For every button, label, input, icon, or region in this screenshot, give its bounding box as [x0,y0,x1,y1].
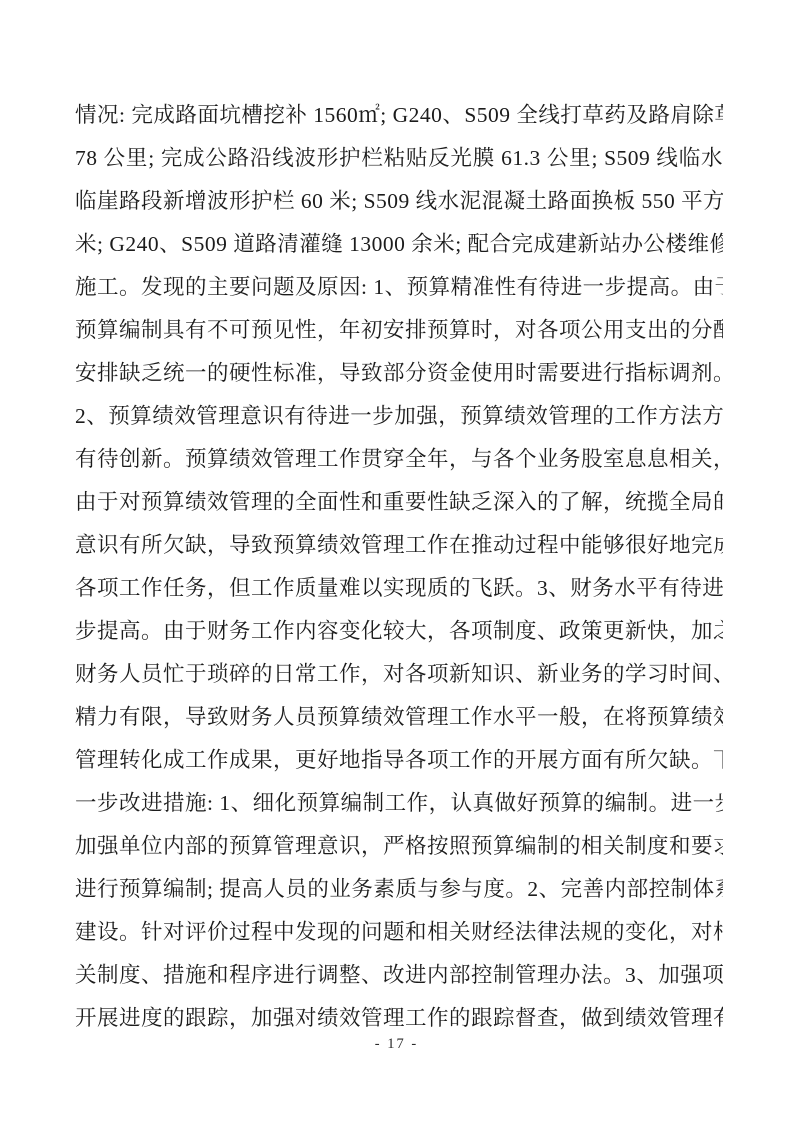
text-line: 开展进度的跟踪，加强对绩效管理工作的跟踪督查，做到绩效管理有 [75,997,723,1040]
text-line: 进行预算编制; 提高人员的业务素质与参与度。2、完善内部控制体系 [75,868,723,911]
text-line: 各项工作任务，但工作质量难以实现质的飞跃。3、财务水平有待进一 [75,567,723,610]
text-line: 2、预算绩效管理意识有待进一步加强，预算绩效管理的工作方法方式 [75,395,723,438]
text-line: 一步改进措施: 1、细化预算编制工作，认真做好预算的编制。进一步 [75,782,723,825]
text-line: 步提高。由于财务工作内容变化较大，各项制度、政策更新快，加之 [75,610,723,653]
text-line: 精力有限，导致财务人员预算绩效管理工作水平一般，在将预算绩效 [75,696,723,739]
text-line: 意识有所欠缺，导致预算绩效管理工作在推动过程中能够很好地完成 [75,524,723,567]
text-line: 情况: 完成路面坑槽挖补 1560㎡; G240、S509 全线打草药及路肩除草 [75,94,723,137]
document-page: 情况: 完成路面坑槽挖补 1560㎡; G240、S509 全线打草药及路肩除草… [0,0,793,1122]
text-line: 安排缺乏统一的硬性标准，导致部分资金使用时需要进行指标调剂。 [75,352,723,395]
text-line: 加强单位内部的预算管理意识，严格按照预算编制的相关制度和要求 [75,825,723,868]
text-line: 建设。针对评价过程中发现的问题和相关财经法律法规的变化，对相 [75,911,723,954]
text-line: 关制度、措施和程序进行调整、改进内部控制管理办法。3、加强项目 [75,954,723,997]
text-line: 临崖路段新增波形护栏 60 米; S509 线水泥混凝土路面换板 550 平方 [75,180,723,223]
text-line: 由于对预算绩效管理的全面性和重要性缺乏深入的了解，统揽全局的 [75,481,723,524]
text-line: 米; G240、S509 道路清灌缝 13000 余米; 配合完成建新站办公楼维… [75,223,723,266]
text-line: 78 公里; 完成公路沿线波形护栏粘贴反光膜 61.3 公里; S509 线临水 [75,137,723,180]
text-line: 施工。发现的主要问题及原因: 1、预算精准性有待进一步提高。由于 [75,266,723,309]
document-text-block: 情况: 完成路面坑槽挖补 1560㎡; G240、S509 全线打草药及路肩除草… [75,94,723,1040]
text-line: 有待创新。预算绩效管理工作贯穿全年，与各个业务股室息息相关， [75,438,723,481]
text-line: 管理转化成工作成果，更好地指导各项工作的开展方面有所欠缺。下 [75,739,723,782]
page-number: - 17 - [0,1036,793,1053]
text-line: 财务人员忙于琐碎的日常工作，对各项新知识、新业务的学习时间、 [75,653,723,696]
text-line: 预算编制具有不可预见性，年初安排预算时，对各项公用支出的分配 [75,309,723,352]
